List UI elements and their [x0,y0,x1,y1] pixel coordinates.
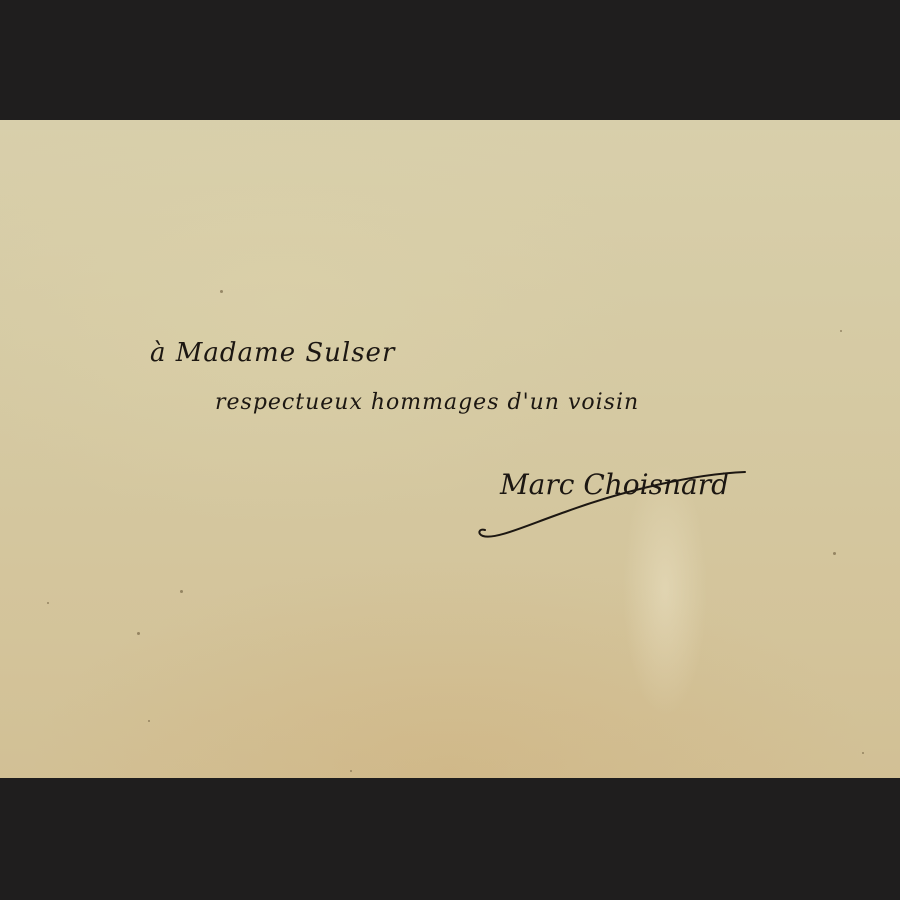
paper-speck [137,632,140,635]
bottom-border [0,778,900,900]
paper-speck [862,752,864,754]
top-border [0,0,900,120]
paper-speck [148,720,150,722]
paper-speck [220,290,223,293]
paper-speck [47,602,49,604]
dedication-line-2: respectueux hommages d'un voisin [215,390,639,415]
paper-speck [833,552,836,555]
paper-speck [180,590,183,593]
paper-sheet [0,120,900,778]
dedication-line-1: à Madame Sulser [150,338,395,368]
signature-flourish-icon [475,460,755,550]
paper-speck [350,770,352,772]
paper-speck [840,330,842,332]
